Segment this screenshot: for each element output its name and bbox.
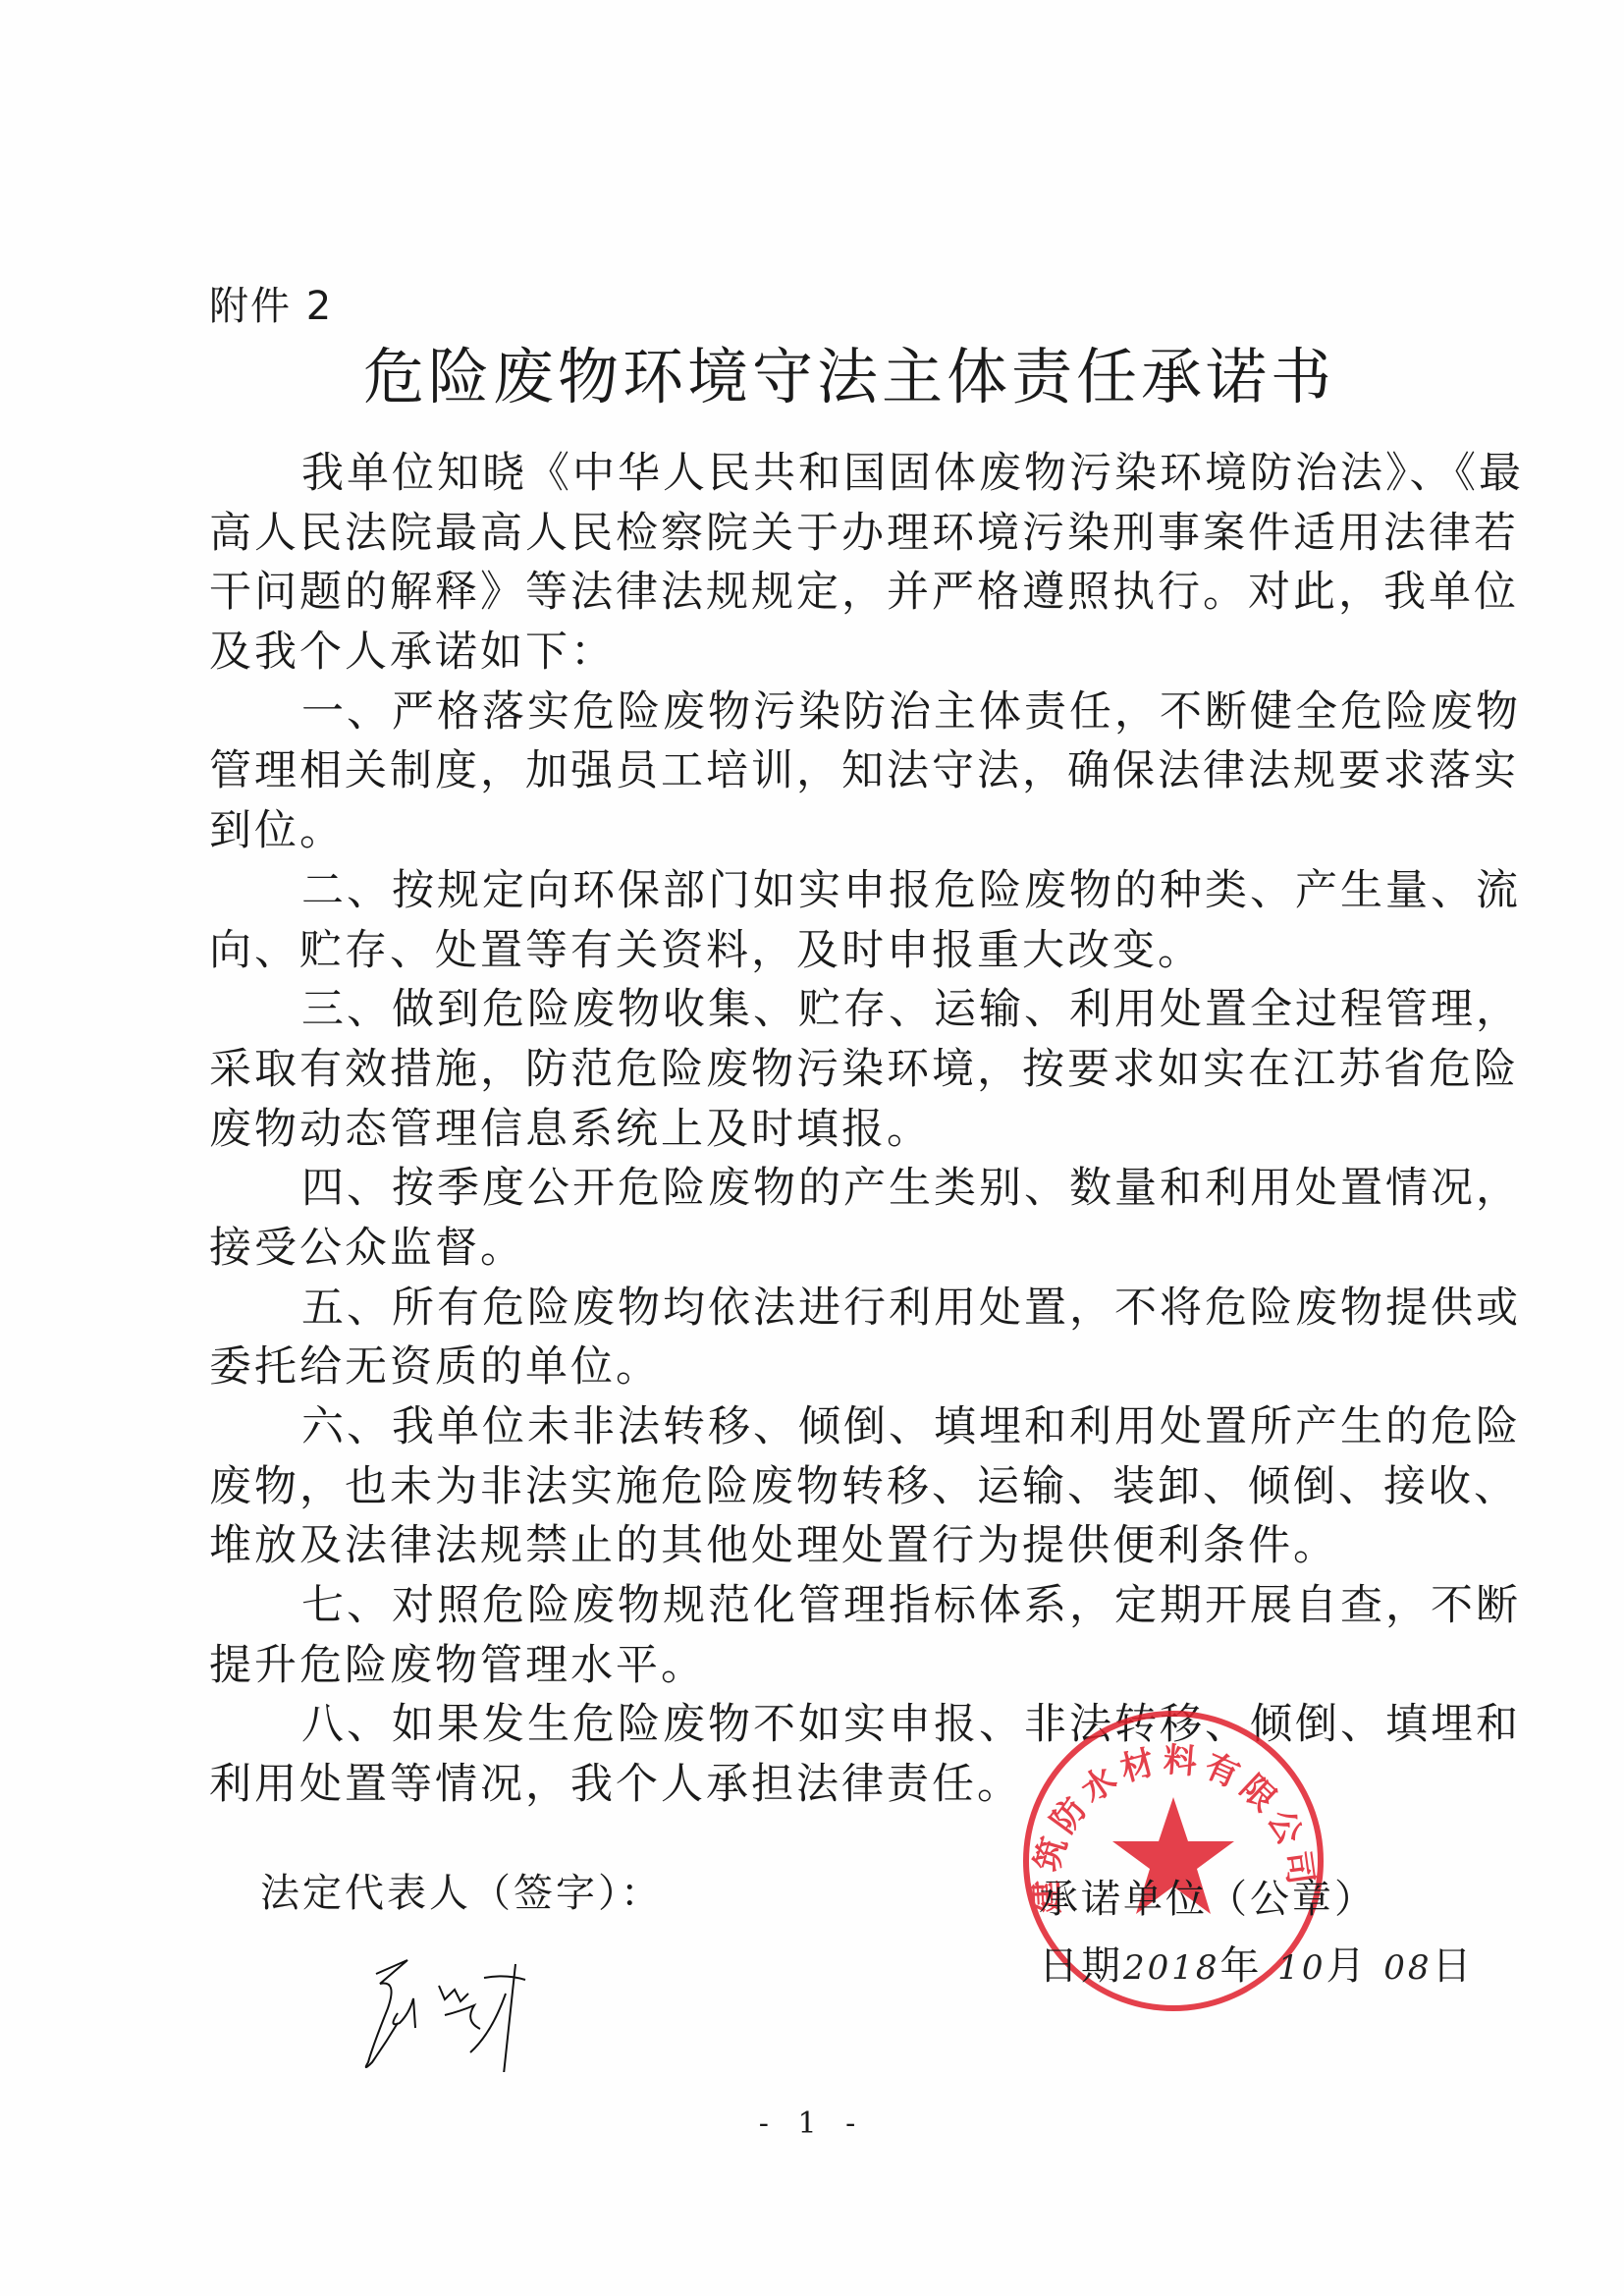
document-page: 附件 2 危险废物环境守法主体责任承诺书 我单位知晓《中华人民共和国固体废物污染…	[0, 0, 1624, 2296]
year-suffix: 年	[1220, 1943, 1263, 1989]
attachment-label: 附件 2	[209, 283, 333, 330]
body-line: 废物动态管理信息系统上及时填报。	[209, 1100, 1419, 1160]
body-line: 四、按季度公开危险废物的产生类别、数量和利用处置情况，	[209, 1159, 1419, 1219]
page-number: - 1 -	[0, 2106, 1624, 2141]
body-line: 向、贮存、处置等有关资料，及时申报重大改变。	[209, 921, 1419, 981]
body-line: 接受公众监督。	[209, 1219, 1419, 1279]
body-line: 五、所有危险废物均依法进行利用处置，不将危险废物提供或	[209, 1279, 1419, 1339]
body-line: 管理相关制度，加强员工培训，知法守法，确保法律法规要求落实	[209, 741, 1419, 801]
body-line: 到位。	[209, 801, 1419, 861]
month-suffix: 月	[1326, 1943, 1369, 1989]
date-year: 2018	[1123, 1948, 1220, 1988]
legal-representative-label: 法定代表人（签字）：	[260, 1870, 663, 1917]
body-line: 七、对照危险废物规范化管理指标体系，定期开展自查，不断	[209, 1576, 1419, 1636]
body-line: 高人民法院最高人民检察院关于办理环境污染刑事案件适用法律若	[209, 504, 1419, 564]
handwritten-signature	[358, 1954, 594, 2072]
body-line: 干问题的解释》等法律法规规定，并严格遵照执行。对此，我单位	[209, 563, 1419, 623]
body-line: 提升危险废物管理水平。	[209, 1636, 1419, 1696]
body-line: 采取有效措施，防范危险废物污染环境，按要求如实在江苏省危险	[209, 1040, 1419, 1100]
body-line: 委托给无资质的单位。	[209, 1338, 1419, 1397]
date-month: 10	[1277, 1948, 1326, 1988]
document-body: 我单位知晓《中华人民共和国固体废物污染环境防治法》、《最高人民法院最高人民检察院…	[209, 444, 1419, 1815]
date-line: 日期2018年 10月 08日	[1039, 1942, 1475, 1992]
body-line: 三、做到危险废物收集、贮存、运输、利用处置全过程管理，	[209, 980, 1419, 1040]
day-suffix: 日	[1433, 1943, 1475, 1989]
body-line: 及我个人承诺如下：	[209, 623, 1419, 683]
body-line: 二、按规定向环保部门如实申报危险废物的种类、产生量、流	[209, 861, 1419, 921]
body-line: 一、严格落实危险废物污染防治主体责任，不断健全危险废物	[209, 683, 1419, 742]
body-line: 我单位知晓《中华人民共和国固体废物污染环境防治法》、《最	[209, 444, 1419, 504]
date-label: 日期	[1039, 1943, 1123, 1989]
body-line: 堆放及法律法规禁止的其他处理处置行为提供便利条件。	[209, 1516, 1419, 1576]
body-line: 废物，也未为非法实施危险废物转移、运输、装卸、倾倒、接收、	[209, 1457, 1419, 1517]
date-day: 08	[1383, 1948, 1432, 1988]
body-line: 六、我单位未非法转移、倾倒、填埋和利用处置所产生的危险	[209, 1397, 1419, 1457]
document-title: 危险废物环境守法主体责任承诺书	[363, 342, 1335, 412]
commitment-unit-label: 承诺单位（公章）	[1039, 1876, 1377, 1923]
